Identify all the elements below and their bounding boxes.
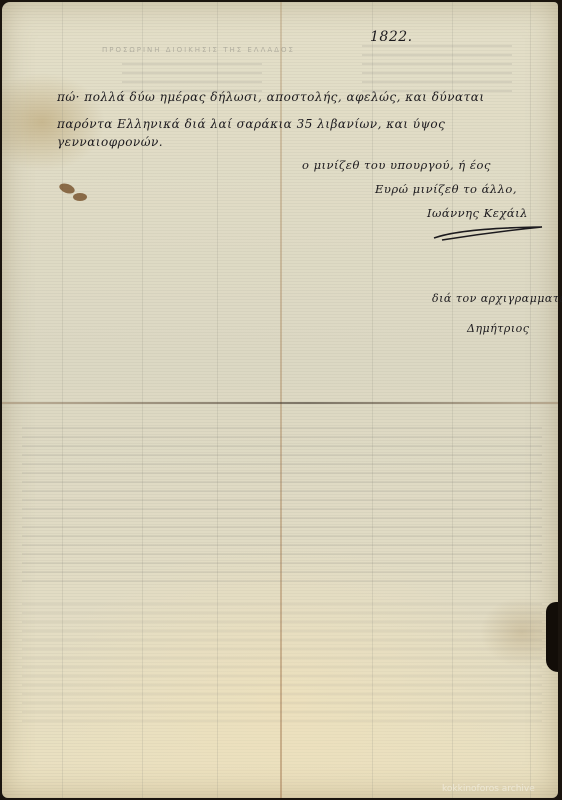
watermark: kokkinoforos archive [442, 784, 535, 794]
body-line-3: γενναιοφρονών. [57, 135, 163, 149]
printed-text-bleedthrough [22, 422, 542, 582]
ink-stain [73, 193, 87, 201]
printed-text-bleedthrough [22, 602, 542, 722]
note-line-1: διά τον αρχιγραμματέα [432, 292, 562, 305]
body-line-2: παρόντα Ελληνικά διά λαί σαράκια 35 λιβα… [57, 117, 445, 131]
note-line-2: Δημήτριος [467, 322, 529, 335]
document-date: 1822. [370, 29, 413, 45]
torn-edge [546, 602, 558, 672]
printed-text-bleedthrough [362, 42, 512, 92]
body-line-1: πώ· πολλά δύω ημέρας δήλωσι, αποστολής, … [57, 90, 485, 104]
signature-line-2: Ευρώ μινίζεθ το άλλο, [375, 182, 517, 196]
signature-line-1: ο μινίζεθ του υπουργού, ή έος [302, 158, 491, 172]
horizontal-fold [2, 402, 558, 404]
signature-flourish-icon [432, 224, 552, 242]
signature-name: Ιωάννης Κεχάιλ [427, 206, 528, 220]
printed-text-bleedthrough [122, 62, 262, 92]
printed-header-bleedthrough: ΠΡΟΣΩΡΙΝΗ ΔΙΟΙΚΗΣΙΣ ΤΗΣ ΕΛΛΑΔΟΣ [102, 46, 295, 54]
document-page: ΠΡΟΣΩΡΙΝΗ ΔΙΟΙΚΗΣΙΣ ΤΗΣ ΕΛΛΑΔΟΣ 1822. πώ… [2, 2, 558, 798]
ink-stain [58, 182, 76, 196]
